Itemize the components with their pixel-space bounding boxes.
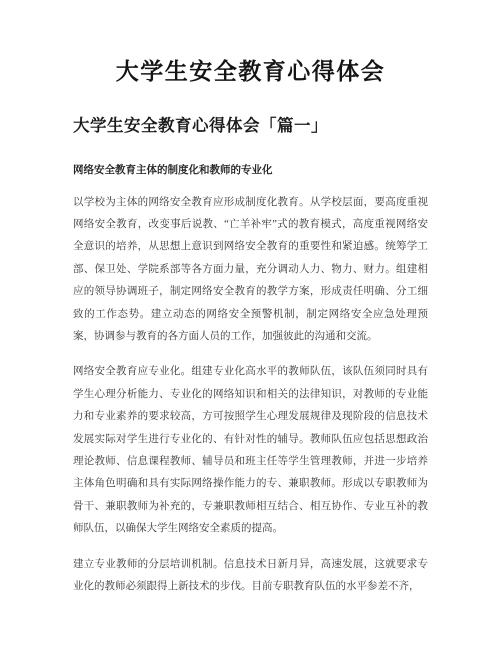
section-heading: 网络安全教育主体的制度化和教师的专业化 (73, 164, 428, 177)
body-paragraph-3: 建立专业教师的分层培训机制。信息技术日新月异，高速发展，这就要求专业化的教师必须… (73, 554, 428, 599)
document-title: 大学生安全教育心得体会 (73, 58, 428, 86)
body-paragraph-2: 网络安全教育应专业化。组建专业化高水平的教师队伍，该队伍须同时具有学生心理分析能… (73, 361, 428, 540)
document-subtitle: 大学生安全教育心得体会「篇一」 (73, 116, 428, 136)
body-paragraph-1: 以学校为主体的网络安全教育应形成制度化教育。从学校层面，要高度重视网络安全教育，… (73, 192, 428, 349)
document-page: 大学生安全教育心得体会 大学生安全教育心得体会「篇一」 网络安全教育主体的制度化… (0, 0, 500, 647)
